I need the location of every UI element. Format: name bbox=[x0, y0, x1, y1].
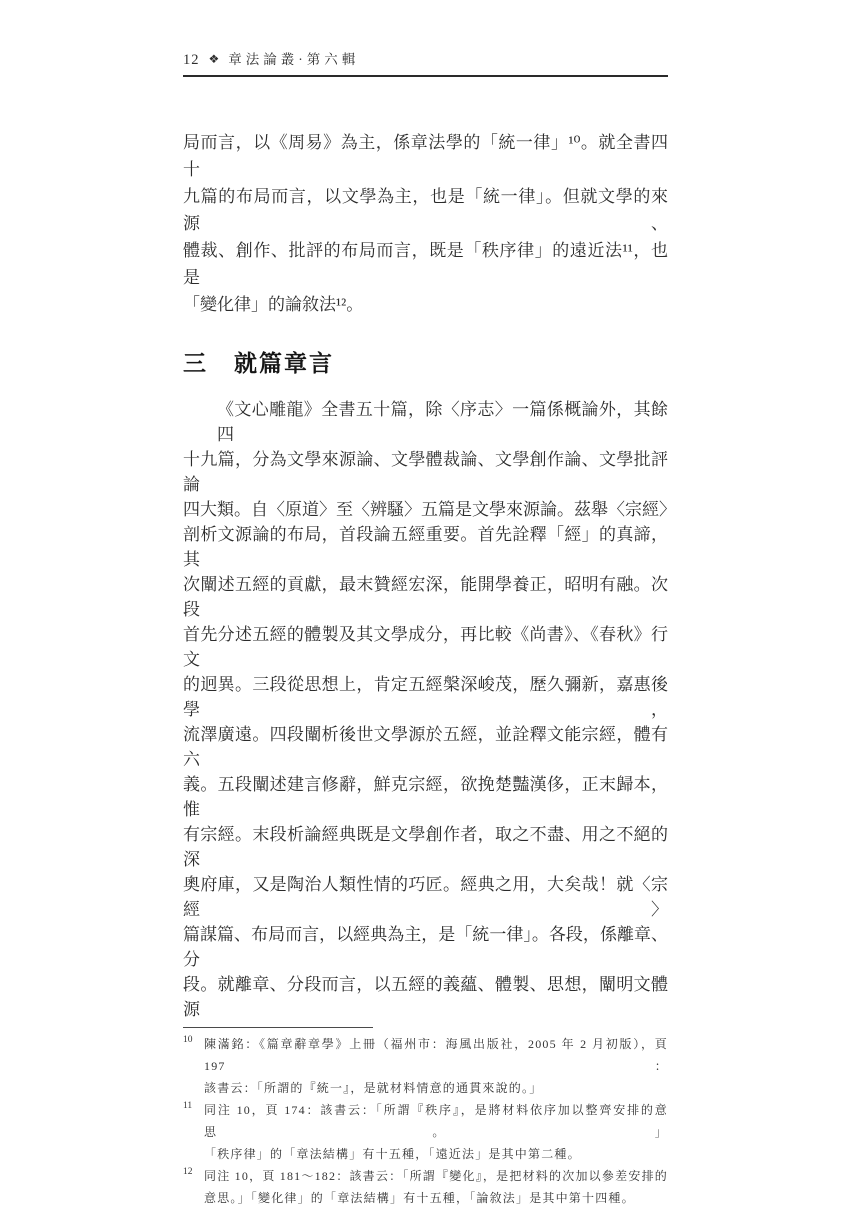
text-line: 義。五段闡述建言修辭，鮮克宗經，欲挽楚豔漢侈，正末歸本，惟 bbox=[183, 772, 668, 822]
text-line: 四大類。自〈原道〉至〈辨騷〉五篇是文學來源論。茲舉〈宗經〉 bbox=[183, 497, 668, 522]
text-line: 體裁、創作、批評的布局而言，既是「秩序律」的遠近法¹¹，也是 bbox=[183, 237, 668, 291]
text-line: 次闡述五經的貢獻，最末贊經宏深，能開學養正，昭明有融。次段 bbox=[183, 572, 668, 622]
book-title: 章法論叢·第六輯 bbox=[228, 48, 359, 68]
text-line: 剖析文源論的布局，首段論五經重要。首先詮釋「經」的真諦，其 bbox=[183, 522, 668, 572]
continued-paragraph: 局而言，以《周易》為主，係章法學的「統一律」¹⁰。就全書四十 九篇的布局而言，以… bbox=[183, 129, 668, 318]
diamond-ornament-icon: ❖ bbox=[209, 52, 220, 67]
page-number: 12 bbox=[183, 52, 200, 69]
main-paragraph: 《文心雕龍》全書五十篇，除〈序志〉一篇係概論外，其餘四 十九篇，分為文學來源論、… bbox=[183, 397, 668, 850]
section-title: 就篇章言 bbox=[234, 350, 334, 376]
text-line: 《文心雕龍》全書五十篇，除〈序志〉一篇係概論外，其餘四 bbox=[183, 397, 668, 447]
running-header: 12 ❖ 章法論叢·第六輯 bbox=[183, 48, 668, 69]
text-line: 九篇的布局而言，以文學為主，也是「統一律」。但就文學的來源、 bbox=[183, 183, 668, 237]
text-line: 「變化律」的論敘法¹²。 bbox=[183, 291, 668, 318]
text-line: 流澤廣遠。四段闡析後世文學源於五經，並詮釋文能宗經，體有六 bbox=[183, 722, 668, 772]
header-rule bbox=[183, 75, 668, 77]
book-page: 12 ❖ 章法論叢·第六輯 局而言，以《周易》為主，係章法學的「統一律」¹⁰。就… bbox=[0, 0, 850, 850]
section-heading: 三就篇章言 bbox=[183, 345, 668, 377]
text-line: 首先分述五經的體製及其文學成分，再比較《尚書》、《春秋》行文 bbox=[183, 622, 668, 672]
text-line: 局而言，以《周易》為主，係章法學的「統一律」¹⁰。就全書四十 bbox=[183, 129, 668, 183]
text-line: 的迥異。三段從思想上，肯定五經槃深峻茂，歷久彌新，嘉惠後學， bbox=[183, 672, 668, 722]
text-line: 十九篇，分為文學來源論、文學體裁論、文學創作論、文學批評論 bbox=[183, 447, 668, 497]
section-number: 三 bbox=[183, 350, 208, 376]
text-line: 有宗經。末段析論經典既是文學創作者，取之不盡、用之不絕的深 bbox=[183, 822, 668, 850]
